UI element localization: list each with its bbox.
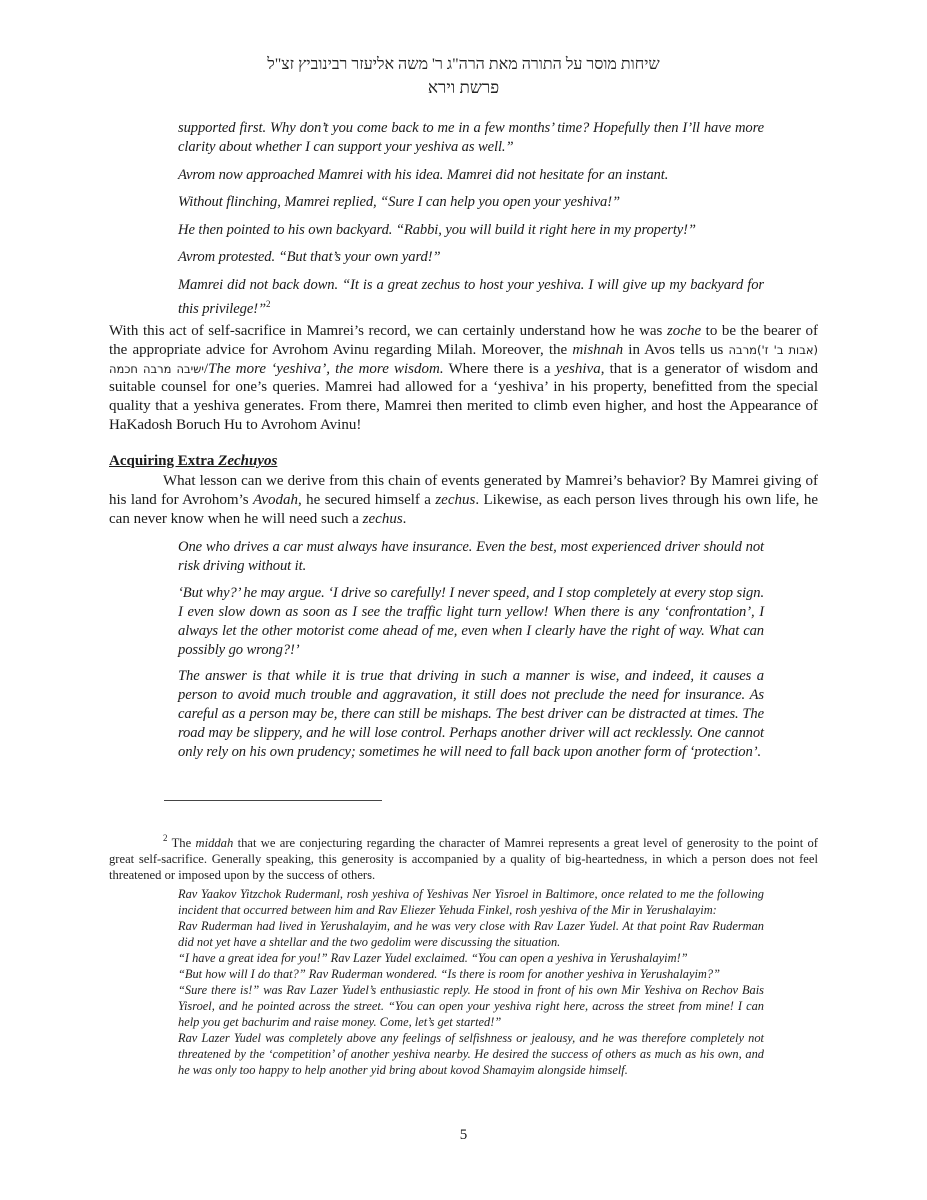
story-quote-text: Mamrei did not back down. “It is a great… — [178, 277, 764, 317]
term-yeshiva: yeshiva — [556, 361, 601, 377]
term-zechus: zechus — [363, 511, 403, 527]
document-page: שיחות מוסר על התורה מאת הרה"ג ר' משה אלי… — [0, 0, 927, 1200]
footnote-quote: Rav Yaakov Yitzchok Rudermanl, rosh yesh… — [178, 886, 764, 1078]
citation-translation: The more ‘yeshiva’, the more wisdom. — [208, 361, 443, 377]
body-paragraph-2: What lesson can we derive from this chai… — [109, 472, 818, 528]
story-quote-line-3: Without flinching, Mamrei replied, “Sure… — [178, 193, 764, 212]
footnote-reference[interactable]: 2 — [266, 299, 270, 309]
story-quote-line-4: He then pointed to his own backyard. “Ra… — [178, 221, 764, 240]
footnote-quote-para: Rav Yaakov Yitzchok Rudermanl, rosh yesh… — [178, 886, 764, 918]
story-quote-line-2: Avrom now approached Mamrei with his ide… — [178, 166, 764, 185]
section-heading: Acquiring Extra Zechuyos — [109, 453, 277, 470]
story-quote-line-1: supported first. Why don’t you come back… — [178, 119, 764, 157]
footnote-2: 2 The middah that we are conjecturing re… — [109, 830, 818, 883]
term-middah: middah — [195, 836, 233, 850]
body-paragraph-1: With this act of self-sacrifice in Mamre… — [109, 322, 818, 435]
term-avodah: Avodah — [253, 492, 298, 508]
footnote-quote-para: Rav Lazer Yudel was completely above any… — [178, 1030, 764, 1078]
footnote-separator — [164, 800, 382, 801]
running-header-parsha: פרשת וירא — [0, 78, 927, 98]
term-zechus: zechus — [435, 492, 475, 508]
page-number: 5 — [0, 1127, 927, 1144]
running-header-title: שיחות מוסר על התורה מאת הרה"ג ר' משה אלי… — [0, 56, 927, 74]
footnote-quote-para: “But how will I do that?” Rav Ruderman w… — [178, 966, 764, 982]
story-quote-line-5: Avrom protested. “But that’s your own ya… — [178, 248, 764, 267]
term-zoche: zoche — [667, 323, 701, 339]
insurance-quote-2: ‘But why?’ he may argue. ‘I drive so car… — [178, 584, 764, 660]
term-mishnah: mishnah — [572, 342, 623, 358]
footnote-quote-para: “Sure there is!” was Rav Lazer Yudel’s e… — [178, 982, 764, 1030]
insurance-quote-3: The answer is that while it is true that… — [178, 667, 764, 762]
footnote-quote-para: Rav Ruderman had lived in Yerushalayim, … — [178, 918, 764, 950]
footnote-quote-para: “I have a great idea for you!” Rav Lazer… — [178, 950, 764, 966]
story-quote-line-6: Mamrei did not back down. “It is a great… — [178, 276, 764, 319]
insurance-quote-1: One who drives a car must always have in… — [178, 538, 764, 576]
